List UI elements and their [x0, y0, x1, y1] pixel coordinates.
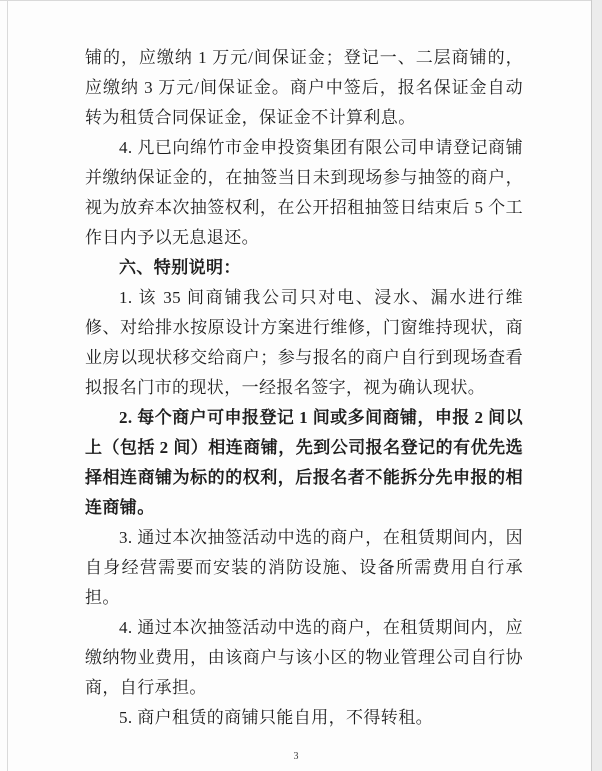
page-number: 3 — [0, 752, 592, 762]
paragraph-note-1-repairs: 1. 该 35 间商铺我公司只对电、浸水、漏水进行维修、对给排水按原设计方案进行… — [85, 283, 523, 403]
scan-edge-top — [0, 0, 602, 1]
paragraph-item4-lottery-absence: 4. 凡已向绵竹市金申投资集团有限公司申请登记商铺并缴纳保证金的，在抽签当日未到… — [85, 133, 523, 253]
scan-edge-right — [591, 0, 602, 771]
scan-edge-left — [7, 0, 8, 771]
document-body: 铺的，应缴纳 1 万元/间保证金；登记一、二层商铺的，应缴纳 3 万元/间保证金… — [85, 43, 523, 733]
paragraph-note-5-no-sublease: 5. 商户租赁的商铺只能自用，不得转租。 — [85, 703, 523, 733]
paragraph-note-2-multiple-shops: 2. 每个商户可申报登记 1 间或多间商铺，申报 2 间以上（包括 2 间）相连… — [85, 403, 523, 523]
paragraph-note-3-fire-equipment: 3. 通过本次抽签活动中选的商户，在租赁期间内，因自身经营需要而安装的消防设施、… — [85, 523, 523, 613]
paragraph-note-4-property-fees: 4. 通过本次抽签活动中选的商户，在租赁期间内，应缴纳物业费用，由该商户与该小区… — [85, 613, 523, 703]
heading-special-notes: 六、特别说明： — [85, 253, 523, 283]
paragraph-deposit-continuation: 铺的，应缴纳 1 万元/间保证金；登记一、二层商铺的，应缴纳 3 万元/间保证金… — [85, 43, 523, 133]
document-page: 铺的，应缴纳 1 万元/间保证金；登记一、二层商铺的，应缴纳 3 万元/间保证金… — [0, 0, 602, 771]
